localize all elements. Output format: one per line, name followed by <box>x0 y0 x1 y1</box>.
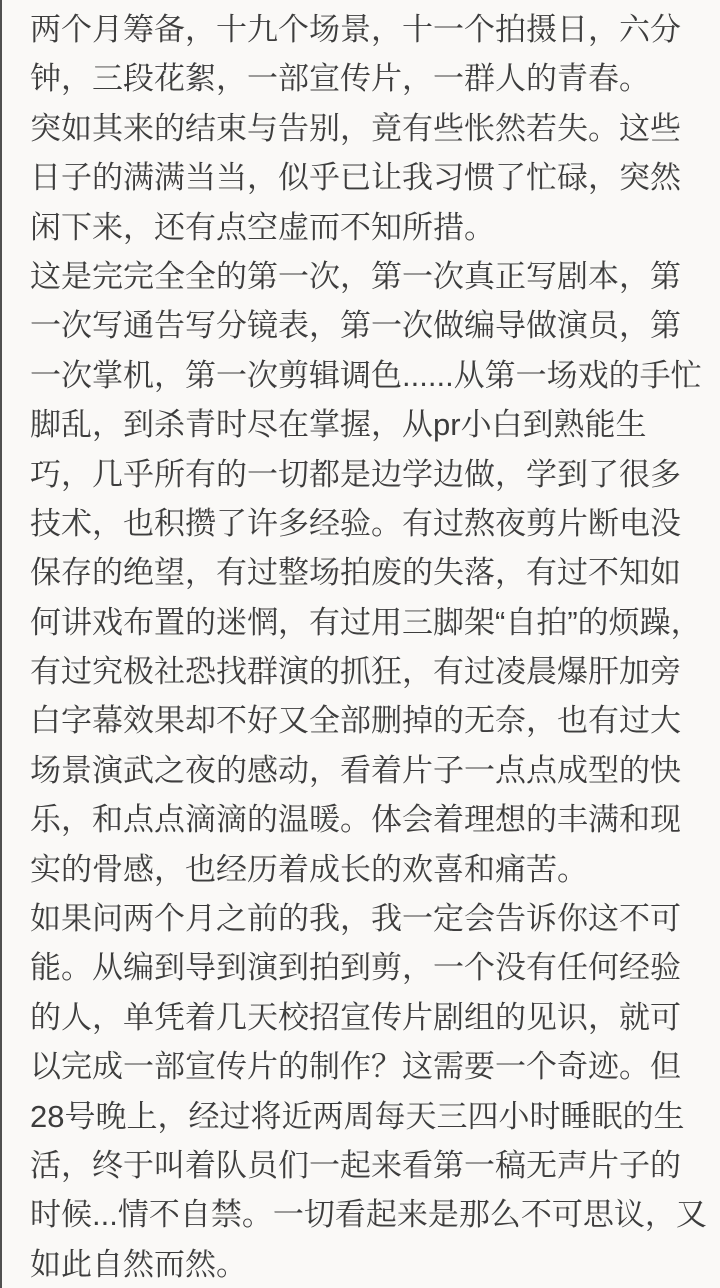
text-line: 有过究极社恐找群演的抓狂，有过凌晨爆肝加旁 <box>30 647 710 696</box>
text-line: 保存的绝望，有过整场拍废的失落，有过不知如 <box>30 548 710 597</box>
left-edge-line <box>0 0 2 1288</box>
article-text: 两个月筹备，十九个场景，十一个拍摄日，六分 钟，三段花絮，一部宣传片，一群人的青… <box>30 0 710 1288</box>
text-line: 活，终于叫着队员们一起来看第一稿无声片子的 <box>30 1141 710 1190</box>
text-line: 突如其来的结束与告别，竟有些怅然若失。这些 <box>30 104 710 153</box>
text-line: 钟，三段花絮，一部宣传片，一群人的青春。 <box>30 54 710 103</box>
text-line: 以完成一部宣传片的制作？这需要一个奇迹。但 <box>30 1042 710 1091</box>
text-line: 实的骨感，也经历着成长的欢喜和痛苦。 <box>30 845 710 894</box>
text-line: 如果问两个月之前的我，我一定会告诉你这不可 <box>30 894 710 943</box>
text-line: 一次写通告写分镜表，第一次做编导做演员，第 <box>30 301 710 350</box>
text-line: 如此自然而然。 <box>30 1240 710 1288</box>
text-line: 时候...情不自禁。一切看起来是那么不可思议，又 <box>30 1190 710 1239</box>
essay-page: 两个月筹备，十九个场景，十一个拍摄日，六分 钟，三段花絮，一部宣传片，一群人的青… <box>0 0 720 1288</box>
text-line: 28号晚上，经过将近两周每天三四小时睡眠的生 <box>30 1092 710 1141</box>
text-line: 场景演武之夜的感动，看着片子一点点成型的快 <box>30 746 710 795</box>
text-line: 闲下来，还有点空虚而不知所措。 <box>30 203 710 252</box>
text-line: 技术，也积攒了许多经验。有过熬夜剪片断电没 <box>30 499 710 548</box>
text-line: 的人，单凭着几天校招宣传片剧组的见识，就可 <box>30 993 710 1042</box>
text-line: 乐，和点点滴滴的温暖。体会着理想的丰满和现 <box>30 795 710 844</box>
text-line: 白字幕效果却不好又全部删掉的无奈，也有过大 <box>30 696 710 745</box>
text-line: 何讲戏布置的迷惘，有过用三脚架“自拍”的烦躁， <box>30 598 710 647</box>
text-line: 日子的满满当当，似乎已让我习惯了忙碌，突然 <box>30 153 710 202</box>
text-line: 能。从编到导到演到拍到剪，一个没有任何经验 <box>30 943 710 992</box>
text-line: 两个月筹备，十九个场景，十一个拍摄日，六分 <box>30 5 710 54</box>
text-line: 巧，几乎所有的一切都是边学边做，学到了很多 <box>30 450 710 499</box>
text-line: 脚乱，到杀青时尽在掌握，从pr小白到熟能生 <box>30 400 710 449</box>
text-line: 这是完完全全的第一次，第一次真正写剧本，第 <box>30 252 710 301</box>
text-line: 一次掌机，第一次剪辑调色......从第一场戏的手忙 <box>30 351 710 400</box>
